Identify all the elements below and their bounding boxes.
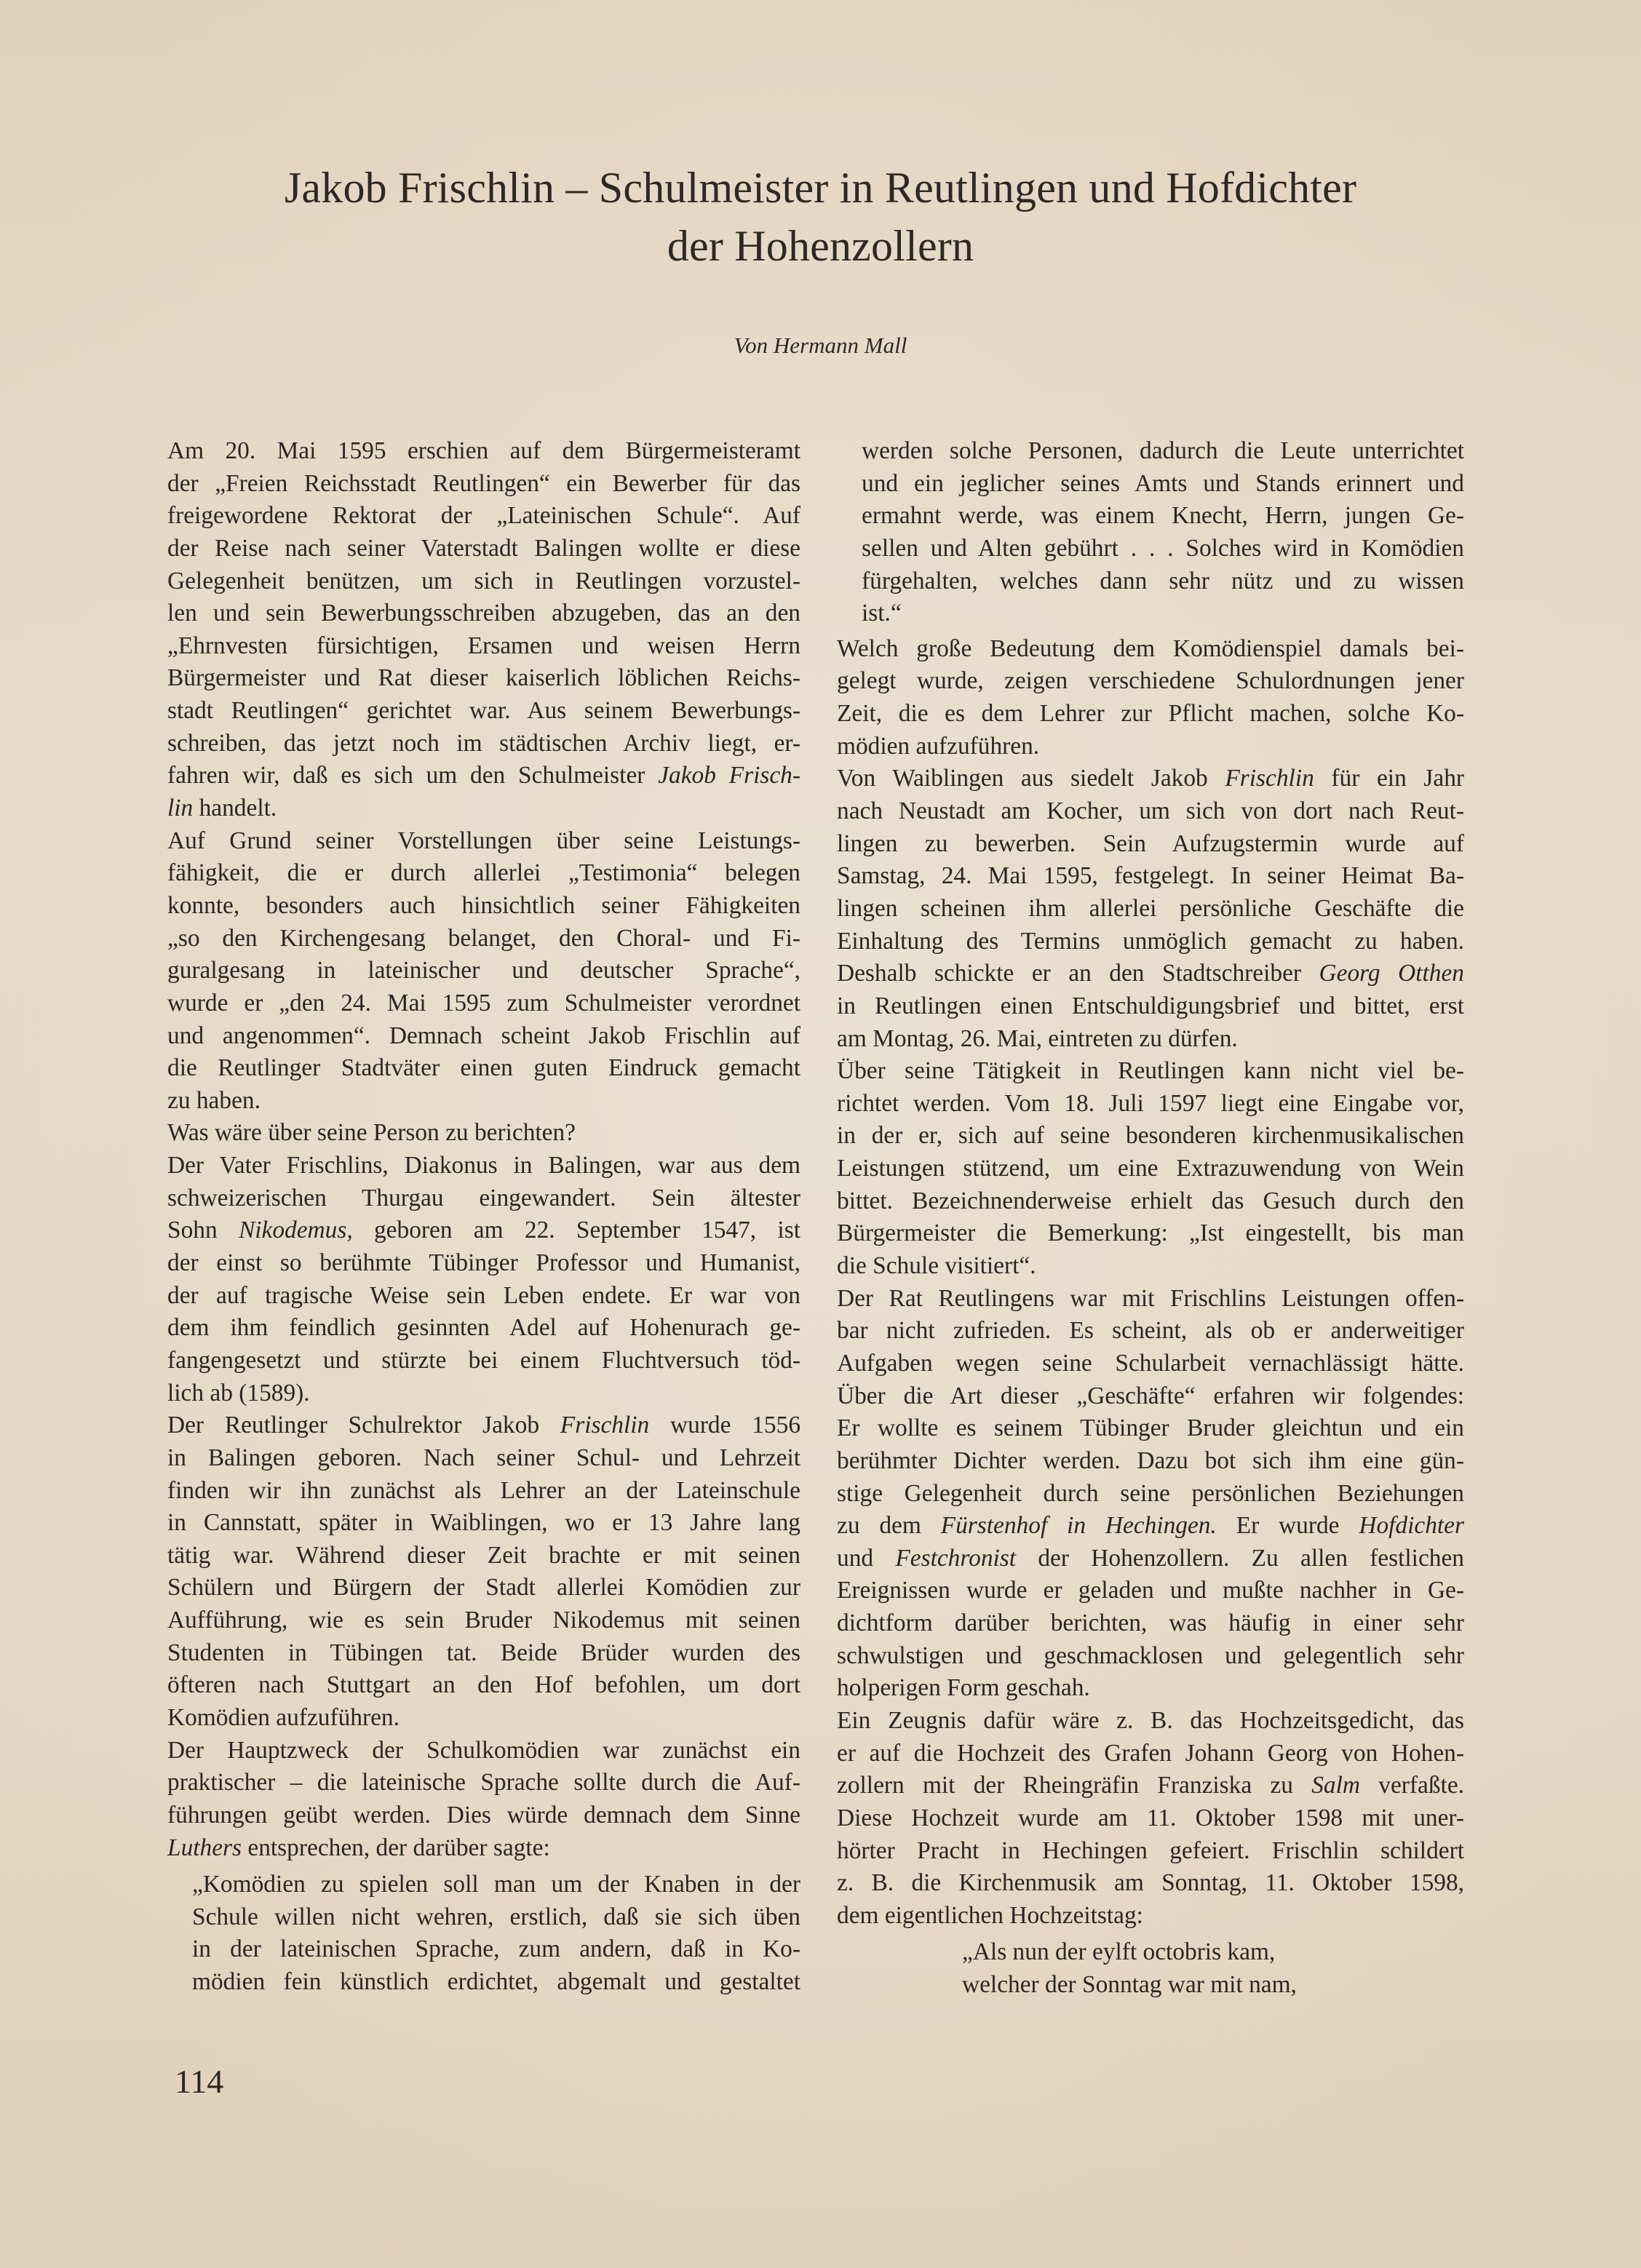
text-line: der auf tragische Weise sein Leben endet… — [167, 1280, 800, 1313]
text-line: stige Gelegenheit durch seine persönlich… — [837, 1478, 1464, 1511]
paragraph-father: Der Vater Frischlins, Diakonus in Baling… — [167, 1150, 800, 1409]
text-line: guralgesang in lateinischer und deutsche… — [167, 955, 800, 987]
text-segment: zu dem — [837, 1512, 941, 1539]
text-line: in der er, sich auf seine besonderen kir… — [837, 1120, 1464, 1153]
text-line: Ereignissen wurde er geladen und mußte n… — [837, 1575, 1464, 1607]
text-line: lingen scheinen ihm allerlei persönliche… — [837, 893, 1464, 926]
text-line: Sohn Nikodemus, geboren am 22. September… — [167, 1214, 800, 1247]
paragraph-appointment: Auf Grund seiner Vorstellungen über sein… — [167, 825, 800, 1118]
text-line: lin handelt. — [167, 792, 800, 825]
text-line: zu haben. — [167, 1085, 800, 1118]
text-line: wurde er „den 24. Mai 1595 zum Schulmeis… — [167, 987, 800, 1020]
text-line: Bürgermeister und Rat dieser kaiserlich … — [167, 662, 800, 695]
text-line: schweizerischen Thurgau eingewandert. Se… — [167, 1182, 800, 1215]
italic-name: Jakob Frisch- — [658, 762, 800, 789]
text-segment: geboren am 22. September 1547, ist — [353, 1217, 800, 1244]
text-line: die Schule visitiert“. — [837, 1250, 1464, 1283]
document-page: Jakob Frischlin – Schulmeister in Reutli… — [0, 0, 1641, 2268]
text-line: schwulstigen und geschmacklosen und gele… — [837, 1640, 1464, 1673]
text-line: der „Freien Reichsstadt Reutlingen“ ein … — [167, 468, 800, 501]
paragraph-court-poet: Der Rat Reutlingens war mit Frischlins L… — [837, 1283, 1464, 1705]
text-line: Von Waiblingen aus siedelt Jakob Frischl… — [837, 763, 1464, 795]
text-segment: Deshalb schickte er an den Stadtschreibe… — [837, 960, 1319, 987]
title-line-1: Jakob Frischlin – Schulmeister in Reutli… — [109, 159, 1532, 217]
text-line: fahren wir, daß es sich um den Schulmeis… — [167, 760, 800, 792]
text-line: Er wollte es seinem Tübinger Bruder glei… — [837, 1412, 1464, 1445]
text-line: und Festchronist der Hohenzollern. Zu al… — [837, 1543, 1464, 1575]
text-line: holperigen Form geschah. — [837, 1672, 1464, 1705]
text-line: Auf Grund seiner Vorstellungen über sein… — [167, 825, 800, 858]
text-line: konnte, besonders auch hinsichtlich sein… — [167, 890, 800, 923]
text-line: Ein Zeugnis dafür wäre z. B. das Hochzei… — [837, 1705, 1464, 1738]
text-line: Aufführung, wie es sein Bruder Nikodemus… — [167, 1604, 800, 1637]
quote-line: ermahnt werde, was einem Knecht, Herrn, … — [837, 500, 1464, 533]
text-line: z. B. die Kirchenmusik am Sonntag, 11. O… — [837, 1867, 1464, 1900]
text-line: Zeit, die es dem Lehrer zur Pflicht mach… — [837, 698, 1464, 731]
text-line: „Ehrnvesten fürsichtigen, Ersamen und we… — [167, 630, 800, 663]
text-segment: verfaßte. — [1360, 1772, 1464, 1799]
text-line: berühmter Dichter werden. Dazu bot sich … — [837, 1445, 1464, 1478]
author-byline: Von Hermann Mall — [0, 331, 1641, 360]
italic-name: Georg Otthen — [1319, 960, 1464, 987]
text-line: in Reutlingen einen Entschuldigungsbrief… — [837, 990, 1464, 1023]
paragraph-relocation: Von Waiblingen aus siedelt Jakob Frischl… — [837, 763, 1464, 1055]
text-line: hörter Pracht in Hechingen gefeiert. Fri… — [837, 1835, 1464, 1868]
quote-line: fürgehalten, welches dann sehr nütz und … — [837, 565, 1464, 598]
luther-quote: „Komödien zu spielen soll man um der Kna… — [167, 1869, 800, 1999]
luther-quote-continued: werden solche Personen, dadurch die Leut… — [837, 435, 1464, 630]
text-line: Aufgaben wegen seine Schularbeit vernach… — [837, 1348, 1464, 1380]
text-line: zu dem Fürstenhof in Hechingen. Er wurde… — [837, 1510, 1464, 1543]
quote-line: mödien fein künstlich erdichtet, abgemal… — [167, 1966, 800, 1999]
text-line: zollern mit der Rheingräfin Franziska zu… — [837, 1770, 1464, 1802]
text-line: fähigkeit, die er durch allerlei „Testim… — [167, 857, 800, 890]
quote-line: ist.“ — [837, 597, 1464, 630]
text-segment: wurde 1556 — [649, 1412, 800, 1439]
text-line: und angenommen“. Demnach scheint Jakob F… — [167, 1020, 800, 1053]
text-line: der Reise nach seiner Vaterstadt Balinge… — [167, 533, 800, 565]
text-line: lich ab (1589). — [167, 1377, 800, 1410]
text-segment: Sohn — [167, 1217, 239, 1244]
text-line: mödien aufzuführen. — [837, 731, 1464, 763]
text-segment: zollern mit der Rheingräfin Franziska zu — [837, 1772, 1311, 1799]
text-line: Welch große Bedeutung dem Komödienspiel … — [837, 633, 1464, 666]
italic-name: Nikodemus, — [239, 1217, 353, 1244]
text-line: Der Reutlinger Schulrektor Jakob Frischl… — [167, 1409, 800, 1442]
text-line: Deshalb schickte er an den Stadtschreibe… — [837, 958, 1464, 990]
text-line: Schülern und Bürgern der Stadt allerlei … — [167, 1572, 800, 1604]
text-line: fangengesetzt und stürzte bei einem Fluc… — [167, 1345, 800, 1377]
text-line: Komödien aufzuführen. — [167, 1702, 800, 1735]
quote-line: Schule willen nicht wehren, erstlich, da… — [167, 1901, 800, 1934]
italic-name: lin — [167, 795, 193, 821]
text-line: dem eigentlichen Hochzeitstag: — [837, 1900, 1464, 1933]
italic-term: Hofdichter — [1359, 1512, 1464, 1539]
text-line: Einhaltung des Termins unmöglich gemacht… — [837, 926, 1464, 958]
text-line: Gelegenheit benützen, um sich in Reutlin… — [167, 565, 800, 598]
verse-line: „Als nun der eylft octobris kam, — [962, 1936, 1464, 1969]
text-line: Bürgermeister die Bemerkung: „Ist einges… — [837, 1217, 1464, 1250]
text-line: bittet. Bezeichnenderweise erhielt das G… — [837, 1185, 1464, 1218]
text-line: „so den Kirchengesang belanget, den Chor… — [167, 923, 800, 955]
text-line: dem ihm feindlich gesinnten Adel auf Hoh… — [167, 1312, 800, 1345]
text-line: Der Rat Reutlingens war mit Frischlins L… — [837, 1283, 1464, 1316]
text-line: dichtform darüber berichten, was häufig … — [837, 1607, 1464, 1640]
verse-quote: „Als nun der eylft octobris kam, welcher… — [837, 1936, 1464, 2001]
quote-line: sellen und Alten gebührt . . . Solches w… — [837, 533, 1464, 565]
text-line: richtet werden. Vom 18. Juli 1597 liegt … — [837, 1088, 1464, 1121]
text-line: Leistungen stützend, um eine Extrazuwend… — [837, 1153, 1464, 1185]
text-line: am Montag, 26. Mai, eintreten zu dürfen. — [837, 1023, 1464, 1056]
paragraph-significance: Welch große Bedeutung dem Komödienspiel … — [837, 633, 1464, 763]
italic-place: Fürstenhof in Hechingen. — [941, 1512, 1217, 1539]
text-line: öfteren nach Stuttgart an den Hof befohl… — [167, 1669, 800, 1702]
text-line: freigewordene Rektorat der „Lateinischen… — [167, 500, 800, 533]
text-line: tätig war. Während dieser Zeit brachte e… — [167, 1540, 800, 1572]
text-line: stadt Reutlingen“ gerichtet war. Aus sei… — [167, 695, 800, 728]
paragraph-purpose: Der Hauptzweck der Schulkomödien war zun… — [167, 1735, 800, 1865]
text-segment: der Hohenzollern. Zu allen festlichen — [1016, 1545, 1464, 1572]
text-line: Am 20. Mai 1595 erschien auf dem Bürgerm… — [167, 435, 800, 468]
paragraph-schoolrector: Der Reutlinger Schulrektor Jakob Frischl… — [167, 1409, 800, 1734]
text-segment: Er wurde — [1217, 1512, 1359, 1539]
text-segment: entsprechen, der darüber sagte: — [242, 1834, 550, 1861]
quote-line: „Komödien zu spielen soll man um der Kna… — [167, 1869, 800, 1901]
text-line: schreiben, das jetzt noch im städtischen… — [167, 728, 800, 760]
text-line: er auf die Hochzeit des Grafen Johann Ge… — [837, 1738, 1464, 1770]
text-line: Der Vater Frischlins, Diakonus in Baling… — [167, 1150, 800, 1182]
quote-line: und ein jeglicher seines Amts und Stands… — [837, 468, 1464, 501]
text-line: in Cannstatt, später in Waiblingen, wo e… — [167, 1507, 800, 1540]
italic-name: Luthers — [167, 1834, 242, 1861]
text-line: führungen geübt werden. Dies würde demna… — [167, 1799, 800, 1832]
text-line: lingen zu bewerben. Sein Aufzugstermin w… — [837, 828, 1464, 861]
text-segment: und — [837, 1545, 895, 1572]
text-line: Diese Hochzeit wurde am 11. Oktober 1598… — [837, 1802, 1464, 1835]
text-segment: handelt. — [193, 795, 277, 821]
text-line: Über seine Tätigkeit in Reutlingen kann … — [837, 1055, 1464, 1088]
italic-name: Frischlin — [1225, 765, 1314, 792]
verse-line: welcher der Sonntag war mit nam, — [962, 1969, 1464, 2002]
paragraph-question: Was wäre über seine Person zu berichten? — [167, 1117, 800, 1150]
paragraph-wedding-poem: Ein Zeugnis dafür wäre z. B. das Hochzei… — [837, 1705, 1464, 1932]
text-line: Luthers entsprechen, der darüber sagte: — [167, 1832, 800, 1865]
text-line: die Reutlinger Stadtväter einen guten Ei… — [167, 1052, 800, 1085]
text-line: Der Hauptzweck der Schulkomödien war zun… — [167, 1735, 800, 1767]
paragraph-activity: Über seine Tätigkeit in Reutlingen kann … — [837, 1055, 1464, 1282]
quote-line: in der lateinischen Sprache, zum andern,… — [167, 1933, 800, 1966]
text-line: finden wir ihn zunächst als Lehrer an de… — [167, 1475, 800, 1508]
text-segment: Der Reutlinger Schulrektor Jakob — [167, 1412, 560, 1439]
left-column: Am 20. Mai 1595 erschien auf dem Bürgerm… — [167, 435, 800, 1999]
text-line: praktischer – die lateinische Sprache so… — [167, 1767, 800, 1799]
text-line: der einst so berühmte Tübinger Professor… — [167, 1247, 800, 1280]
text-segment: fahren wir, daß es sich um den Schulmeis… — [167, 762, 658, 789]
italic-term: Festchronist — [895, 1545, 1016, 1572]
text-segment: für ein Jahr — [1314, 765, 1464, 792]
title-line-2: der Hohenzollern — [109, 217, 1532, 275]
text-line: Über die Art dieser „Geschäfte“ erfahren… — [837, 1380, 1464, 1413]
text-line: nach Neustadt am Kocher, um sich von dor… — [837, 795, 1464, 828]
italic-name: Frischlin — [560, 1412, 649, 1439]
text-line: len und sein Bewerbungsschreiben abzugeb… — [167, 597, 800, 630]
italic-name: Salm — [1311, 1772, 1360, 1799]
text-line: Was wäre über seine Person zu berichten? — [167, 1117, 800, 1150]
right-column: werden solche Personen, dadurch die Leut… — [837, 435, 1464, 2002]
article-title: Jakob Frischlin – Schulmeister in Reutli… — [109, 159, 1532, 275]
text-line: Samstag, 24. Mai 1595, festgelegt. In se… — [837, 860, 1464, 893]
text-line: in Balingen geboren. Nach seiner Schul- … — [167, 1442, 800, 1475]
paragraph-application: Am 20. Mai 1595 erschien auf dem Bürgerm… — [167, 435, 800, 825]
quote-line: werden solche Personen, dadurch die Leut… — [837, 435, 1464, 468]
text-line: Studenten in Tübingen tat. Beide Brüder … — [167, 1637, 800, 1670]
text-line: bar nicht zufrieden. Es scheint, als ob … — [837, 1315, 1464, 1348]
text-line: gelegt wurde, zeigen verschiedene Schulo… — [837, 665, 1464, 698]
page-number: 114 — [175, 2064, 223, 2100]
text-segment: Von Waiblingen aus siedelt Jakob — [837, 765, 1225, 792]
